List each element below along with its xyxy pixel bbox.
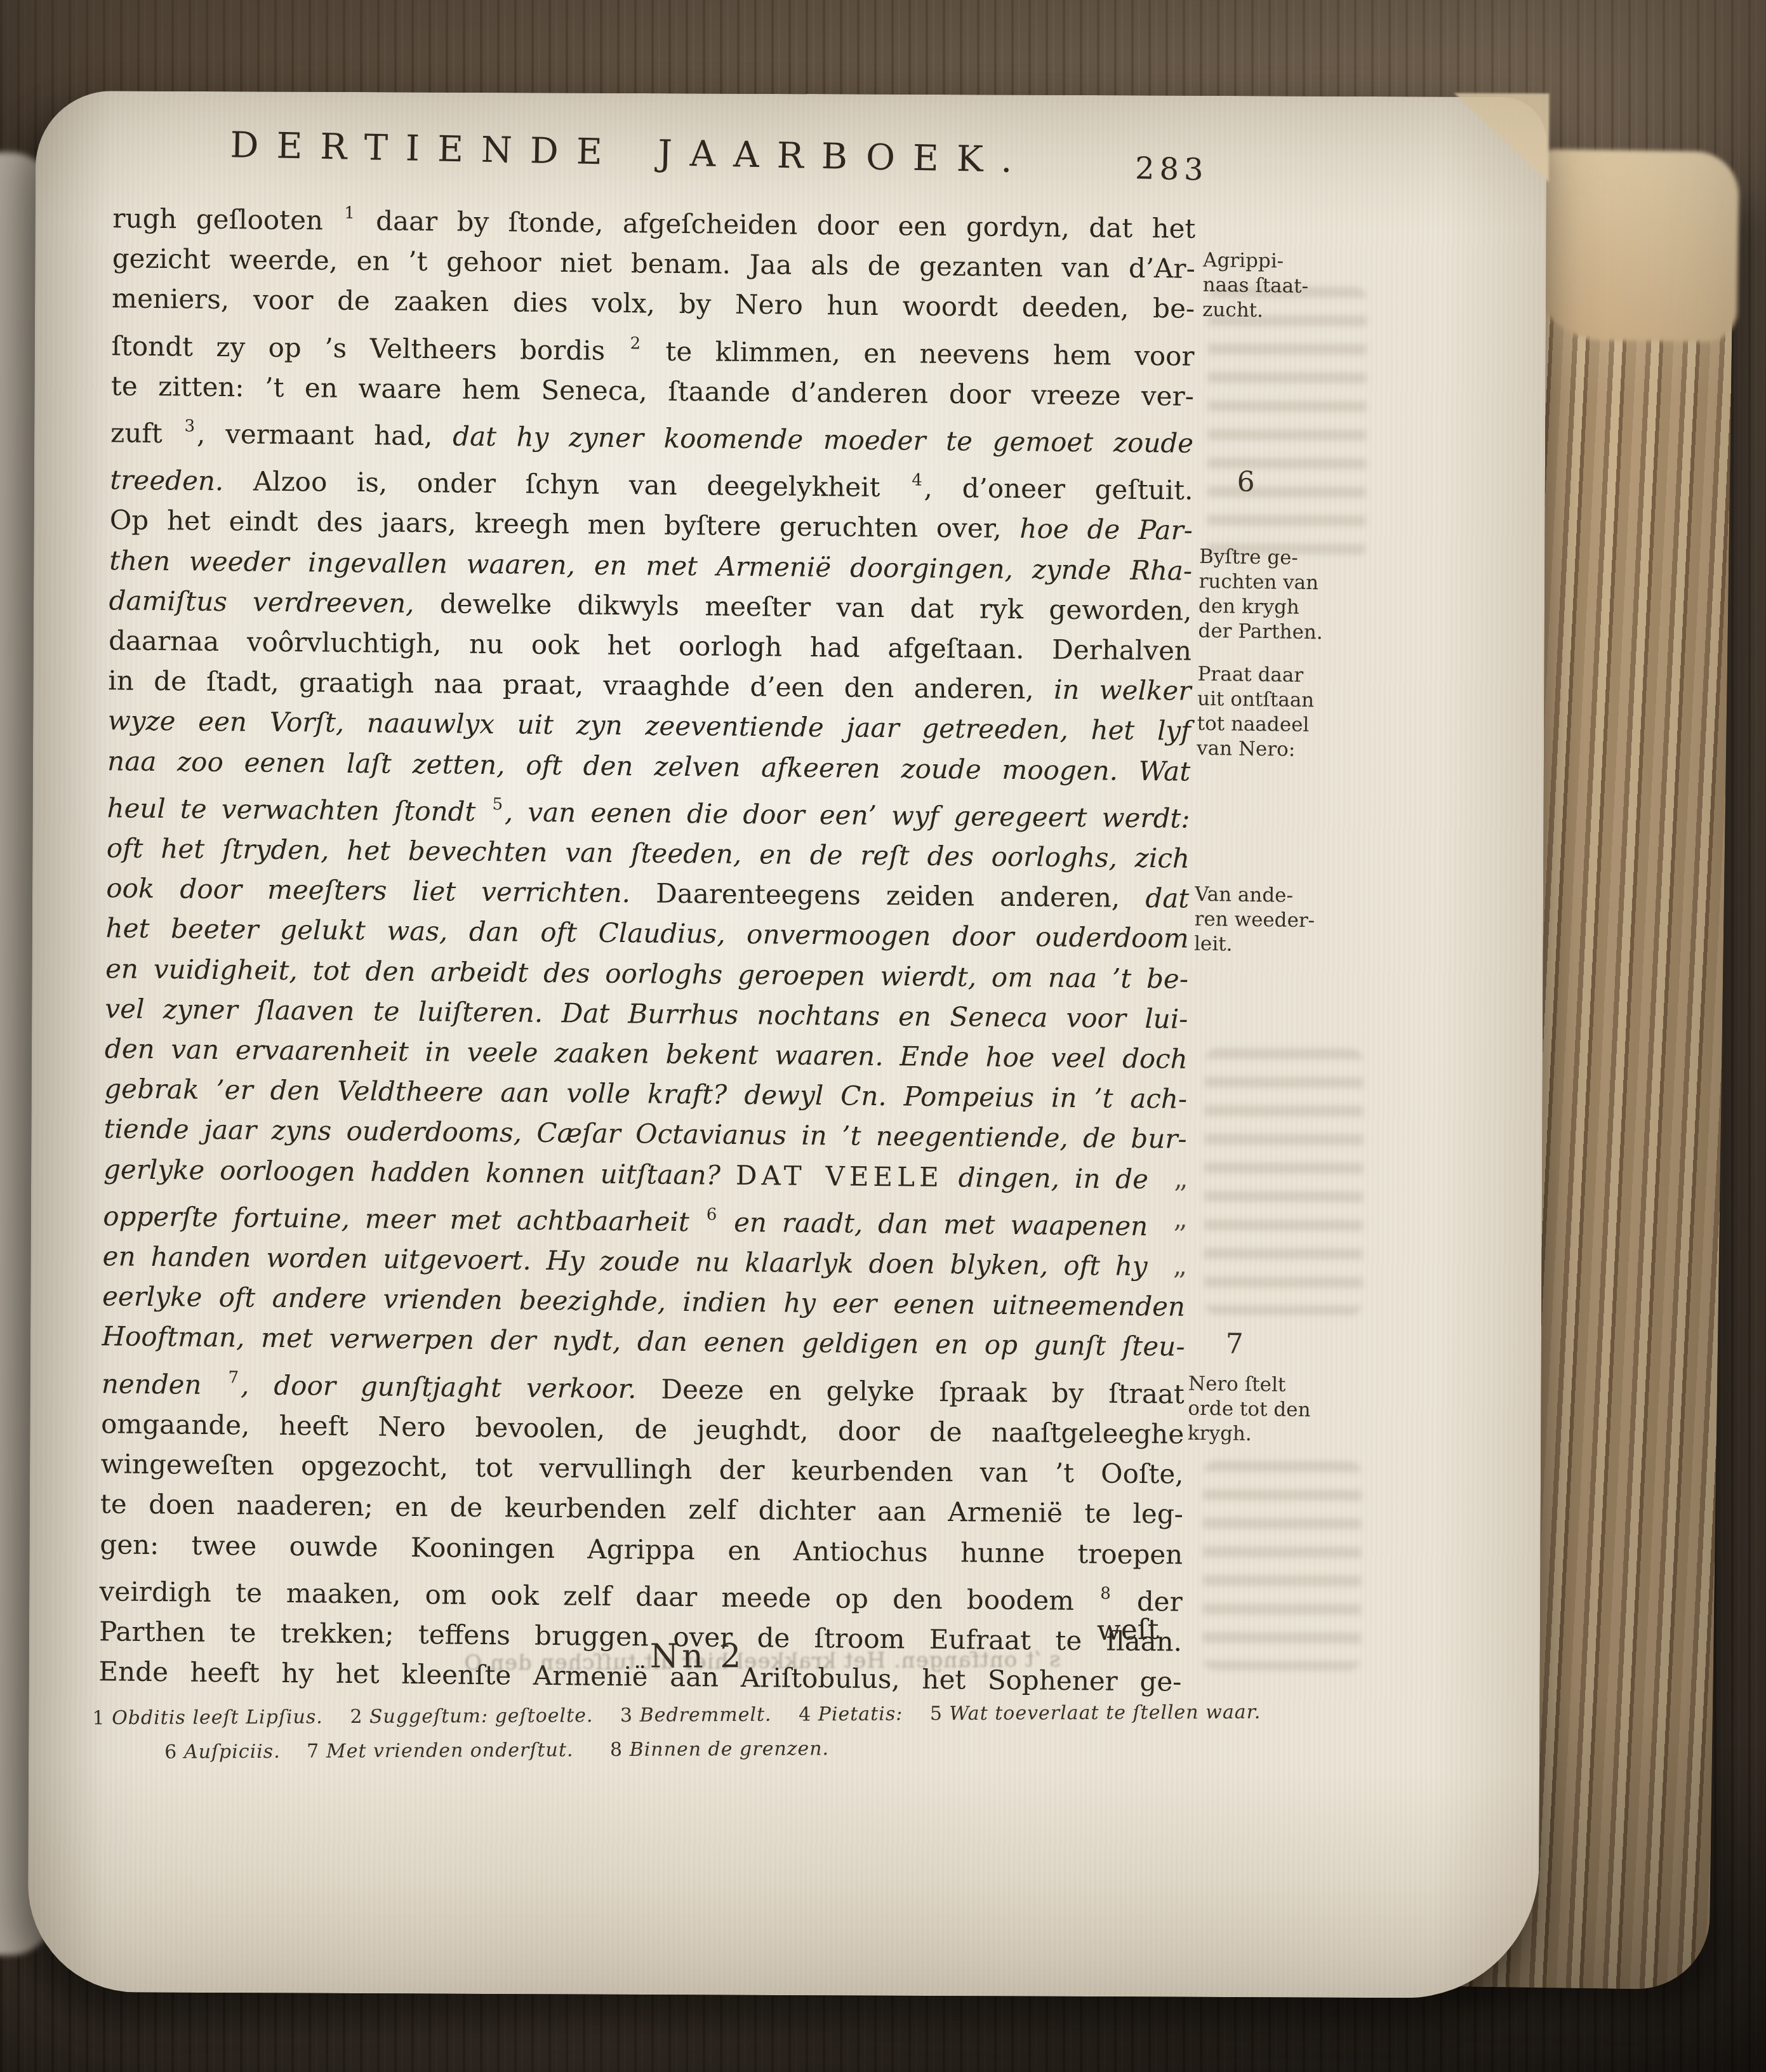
text-segment: 4	[771, 1703, 818, 1725]
text-segment: 2	[323, 1706, 369, 1728]
bleedthrough-smudge	[1207, 286, 1367, 560]
margin-note: Agrippi-naas ſtaat-zucht.	[1202, 248, 1357, 324]
text-segment: en handen worden uitgevoert. Hy zoude nu…	[103, 1240, 1148, 1282]
text-segment: 1	[342, 204, 357, 223]
text-segment: Obditis leeſt Lipſius.	[112, 1706, 323, 1729]
text-segment: eerlyke oft andere vrienden beezighde, i…	[102, 1281, 1185, 1322]
text-segment: rugh geſlooten	[112, 203, 342, 236]
bleedthrough-smudge	[1204, 1048, 1364, 1315]
margin-note: Praat daaruit ontſtaantot naadeelvan Ner…	[1197, 662, 1351, 763]
text-segment: daarnaa voôrvluchtigh, nu ook het oorlog…	[109, 625, 1192, 666]
text-segment: te doen naaderen; en de keurbenden zelf …	[100, 1489, 1183, 1530]
text-segment: in de ſtadt, graatigh naa praat, vraaghd…	[108, 665, 1054, 705]
text-line: uit ontſtaan	[1197, 687, 1351, 714]
text-segment: Alzoo is, onder ſchyn van deegelykheit	[223, 465, 910, 503]
margin-quote-mark: ‚‚	[1174, 1199, 1185, 1239]
text-segment: vel zyner ſlaaven te luiſteren. Dat Burr…	[105, 993, 1188, 1034]
running-header: DERTIENDE JAARBOEK.	[230, 124, 1030, 181]
text-line: ren weeder-	[1194, 907, 1348, 934]
text-segment: , van eenen die door een’ wyf geregeert …	[505, 796, 1190, 833]
text-segment: Binnen de grenzen.	[630, 1737, 830, 1761]
text-segment: 7	[281, 1740, 326, 1762]
text-segment: Suggeſtum: geſtoelte.	[369, 1704, 594, 1728]
margin-note: Van ande-ren weeder-leit.	[1194, 882, 1349, 959]
text-segment: der	[1112, 1585, 1182, 1617]
text-segment: Bedremmelt.	[640, 1704, 772, 1727]
text-segment: 8	[573, 1739, 629, 1761]
text-line: van Nero:	[1197, 736, 1350, 763]
text-segment: 6	[164, 1741, 184, 1763]
text-segment: nenden	[102, 1368, 227, 1400]
text-segment: treeden.	[110, 465, 223, 497]
bleedthrough-smudge	[1202, 1461, 1362, 1671]
text-segment: 3	[593, 1704, 639, 1727]
text-segment: ook door meeſters liet verrichten.	[106, 873, 656, 909]
text-line: orde tot den	[1188, 1397, 1341, 1423]
book-page: DERTIENDE JAARBOEK. 283 rugh geſlooten 1…	[27, 91, 1546, 1998]
photo-of-book-on-table: { "header": { "title": "DERTIENDE JAARBO…	[0, 0, 1766, 2072]
text-segment: dat hy zyner koomende moeder te gemoet z…	[453, 421, 1193, 459]
text-segment: dewelke dikwyls meeſter van dat ryk gewo…	[440, 588, 1192, 626]
margin-section-number: 7	[1226, 1331, 1244, 1356]
footnote-line: 1 Obditis leeſt Lipſius. 2 Suggeſtum: ge…	[92, 1701, 1261, 1730]
text-segment: then weeder ingevallen waaren, en met Ar…	[109, 545, 1192, 586]
text-segment: 5	[903, 1703, 949, 1725]
text-segment: Auſpiciis.	[184, 1741, 281, 1763]
text-segment: dingen, in de	[943, 1162, 1148, 1195]
text-segment: 2	[628, 334, 643, 353]
text-segment: en vuidigheit, tot den arbeidt des oorlo…	[105, 953, 1188, 994]
text-segment: oft het ſtryden, het bevechten van ſteed…	[107, 832, 1190, 873]
margin-quote-mark: ‚‚	[1173, 1247, 1185, 1287]
footnote-line: 6 Auſpiciis. 7 Met vrienden onderſtut. 8…	[164, 1737, 829, 1763]
text-segment: 6	[705, 1205, 719, 1224]
text-line: ruchten van	[1198, 569, 1352, 596]
text-segment: tiende jaar zyns ouderdooms, Cæſar Octav…	[103, 1113, 1186, 1155]
text-segment: , d’oneer geſtuit.	[924, 472, 1193, 506]
text-segment: en raadt, dan met waapenen	[719, 1206, 1148, 1241]
text-segment: Wat toeverlaat te ſtellen waar.	[949, 1701, 1261, 1725]
text-segment: zuft	[110, 417, 183, 449]
catchword: weſt	[1097, 1614, 1160, 1647]
text-segment: wyze een Vorſt, naauwlyx uit zyn zeevent…	[108, 705, 1191, 747]
text-segment: daar by ſtonde, afgeſcheiden door een go…	[357, 205, 1196, 244]
text-segment: Daarenteegens zeiden anderen,	[656, 878, 1146, 913]
text-segment: in welker	[1054, 674, 1192, 707]
text-segment: 3	[182, 416, 197, 435]
text-segment: gen: twee ouwde Kooningen Agrippa en Ant…	[100, 1529, 1183, 1570]
text-line: leit.	[1194, 932, 1348, 959]
margin-note: Byſtre ge-ruchten vanden kryghder Parthe…	[1198, 545, 1353, 646]
text-segment: 5	[490, 795, 505, 814]
text-line: tot naadeel	[1197, 712, 1350, 738]
text-segment: heul te verwachten ſtondt	[107, 792, 490, 827]
text-line: Praat daar	[1197, 662, 1351, 689]
margin-quote-mark: ‚‚	[1174, 1159, 1185, 1199]
text-segment: te zitten: ’t en waare hem Seneca, ſtaan…	[111, 370, 1194, 411]
text-line: Van ande-	[1195, 882, 1348, 909]
text-segment: , door gunſtjaght verkoor.	[241, 1369, 661, 1404]
text-segment: opperſte fortuine, meer met achtbaarheit	[103, 1200, 705, 1237]
text-segment: 8	[1098, 1584, 1113, 1603]
text-segment: gezicht weerde, en ’t gehoor niet benam.…	[112, 243, 1195, 284]
text-segment: 7	[226, 1368, 241, 1387]
text-segment: Pietatis:	[818, 1703, 903, 1726]
signature-mark: Nn 2	[650, 1637, 745, 1675]
text-segment: , vermaant had,	[197, 418, 453, 452]
text-segment: het beeter gelukt was, dan oft Claudius,…	[105, 913, 1188, 954]
text-segment: Deeze en gelyke ſpraak by ſtraat	[661, 1373, 1185, 1409]
text-line: Nero ſtelt	[1188, 1372, 1342, 1398]
text-segment: meniers, voor de zaaken dies volx, by Ne…	[112, 283, 1195, 324]
text-segment: 4	[910, 471, 924, 490]
text-segment: 1	[92, 1707, 112, 1729]
page-number: 283	[1134, 150, 1209, 188]
page-block-top-corner	[1527, 149, 1739, 343]
text-segment: hoe de Par-	[1019, 514, 1193, 547]
text-segment: omgaande, heeft Nero bevoolen, de jeughd…	[101, 1408, 1184, 1449]
text-line: den krygh	[1198, 594, 1352, 621]
text-segment: den van ervaarenheit in veele zaaken bek…	[105, 1033, 1188, 1074]
text-line: Agrippi-	[1203, 248, 1357, 275]
margin-notes-column: Agrippi-naas ſtaat-zucht. 6 Byſtre ge-ru…	[1205, 96, 1359, 98]
text-line: der Parthen.	[1198, 619, 1351, 646]
text-segment: te klimmen, en neevens hem voor	[642, 335, 1195, 371]
text-segment: wingeweſten opgezocht, tot vervullingh d…	[100, 1448, 1183, 1489]
text-line: naas ſtaat-	[1202, 273, 1356, 300]
body-text: rugh geſlooten 1 daar by ſtonde, afgeſch…	[98, 191, 1196, 1702]
margin-note: Nero ſteltorde tot denkrygh.	[1188, 1372, 1343, 1448]
text-segment: naa zoo eenen laſt zetten, oft den zelve…	[107, 745, 1190, 787]
text-segment: gebrak ’er den Veldtheere aan volle kraf…	[104, 1073, 1187, 1115]
text-line: zucht.	[1202, 298, 1356, 324]
text-segment: Met vrienden onderſtut.	[326, 1739, 574, 1762]
text-line: Byſtre ge-	[1199, 545, 1353, 571]
text-segment: Hooftman, met verwerpen der nydt, dan ee…	[102, 1321, 1185, 1362]
text-segment: dat	[1145, 882, 1189, 914]
text-segment: gerlyke oorloogen hadden konnen uitſtaan…	[103, 1153, 736, 1191]
text-segment: damiſtus verdreeven,	[109, 585, 440, 619]
text-line: krygh.	[1188, 1421, 1341, 1448]
page-content: DERTIENDE JAARBOEK. 283 rugh geſlooten 1…	[27, 91, 1546, 1998]
text-segment: Op het eindt des jaars, kreegh men byſte…	[110, 505, 1020, 545]
text-segment: ſtondt zy op ’s Veltheers bordis	[111, 330, 628, 366]
text-segment: DAT VEELE	[736, 1160, 943, 1193]
margin-section-number: 6	[1237, 470, 1255, 495]
text-segment: veirdigh te maaken, om ook zelf daar mee…	[99, 1576, 1098, 1616]
